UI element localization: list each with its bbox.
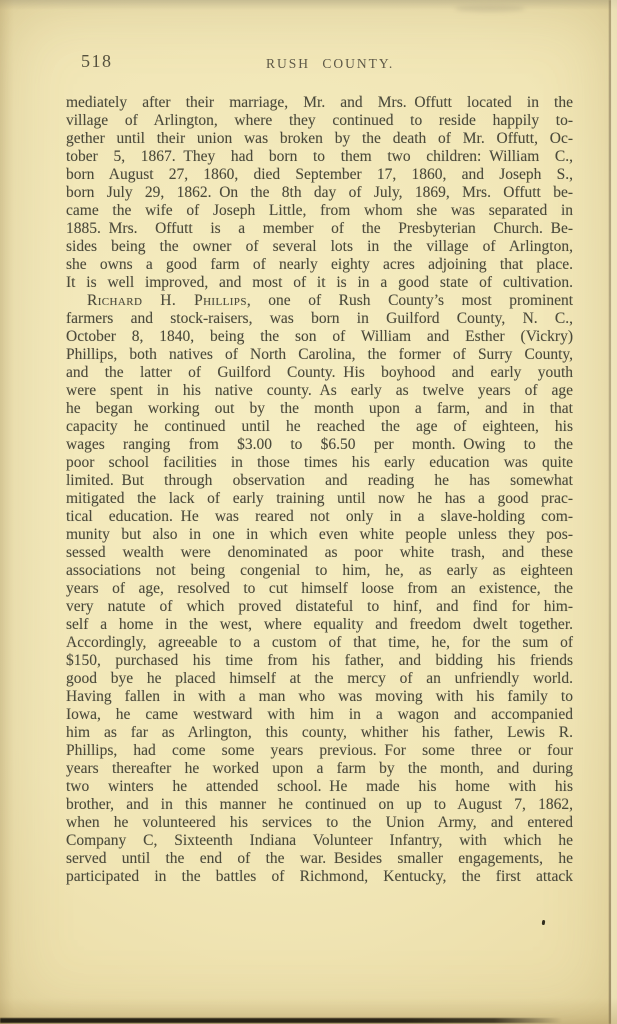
text-line: served until the end of the war. Besides… — [66, 850, 573, 868]
page-number: 518 — [81, 51, 113, 72]
text-line: mitigated the lack of early training unt… — [66, 490, 573, 508]
text-line: brother, and in this manner he continued… — [66, 796, 573, 814]
text-line: when he volunteered his services to the … — [66, 814, 573, 832]
text-line: $150, purchased his time from his father… — [66, 652, 573, 670]
text-line: were spent in his native county. As earl… — [66, 382, 573, 400]
paragraph-offutt: mediately after their marriage, Mr. and … — [66, 94, 573, 292]
text-line: tober 5, 1867. They had born to them two… — [66, 148, 573, 166]
text-line: sides being the owner of several lots in… — [66, 238, 573, 256]
text-line: Iowa, he came westward with him in a wag… — [66, 706, 573, 724]
text-line: mediately after their marriage, Mr. and … — [66, 94, 573, 112]
paragraph-phillips-lines: farmers and stock-raisers, was born in G… — [66, 310, 573, 886]
text-line: farmers and stock-raisers, was born in G… — [66, 310, 573, 328]
scan-left-shadow — [0, 0, 14, 1024]
page-edge-strip — [611, 0, 617, 1024]
text-line: sessed wealth were denominated as poor w… — [66, 544, 573, 562]
text-line: and the latter of Guilford County. His b… — [66, 364, 573, 382]
text-line: limited. But through observation and rea… — [66, 472, 573, 490]
text-line: associations not being congenial to him,… — [66, 562, 573, 580]
text-line: wages ranging from $3.00 to $6.50 per mo… — [66, 436, 573, 454]
text-line: participated in the battles of Richmond,… — [66, 868, 573, 886]
text-line: village of Arlington, where they continu… — [66, 112, 573, 130]
ink-speck — [542, 920, 546, 925]
paragraph-phillips: Richard H. Phillips, one of Rush County’… — [66, 292, 573, 886]
text-line-rest: , one of Rush County’s most prominent — [247, 292, 573, 309]
text-line: capacity he continued until he reached t… — [66, 418, 573, 436]
text-line: It is well improved, and most of it is i… — [66, 274, 573, 292]
text-line: born August 27, 1860, died September 17,… — [66, 166, 573, 184]
text-line: she owns a good farm of nearly eighty ac… — [66, 256, 573, 274]
text-line: Richard H. Phillips, one of Rush County’… — [66, 292, 573, 310]
text-line: years of age, resolved to cut himself lo… — [66, 580, 573, 598]
text-line: two winters he attended school. He made … — [66, 778, 573, 796]
text-line: Company C, Sixteenth Indiana Volunteer I… — [66, 832, 573, 850]
text-line: tical education. He was reared not only … — [66, 508, 573, 526]
text-line: gether until their union was broken by t… — [66, 130, 573, 148]
text-line: he began working out by the month upon a… — [66, 400, 573, 418]
text-line: poor school facilities in those times hi… — [66, 454, 573, 472]
text-line: Phillips, both natives of North Carolina… — [66, 346, 573, 364]
text-line: October 8, 1840, being the son of Willia… — [66, 328, 573, 346]
text-line: 1885. Mrs. Offutt is a member of the Pre… — [66, 220, 573, 238]
text-line: very natute of which proved distateful t… — [66, 598, 573, 616]
scan-bottom-border — [0, 1018, 562, 1023]
book-page-scan: 518 RUSH COUNTY. mediately after their m… — [0, 0, 617, 1024]
running-title: RUSH COUNTY. — [266, 56, 394, 72]
text-line: him as far as Arlington, this county, wh… — [66, 724, 573, 742]
running-head: 518 RUSH COUNTY. — [0, 0, 617, 80]
text-line: Accordingly, agreeable to a custom of th… — [66, 634, 573, 652]
text-line: munity but also in one in which even whi… — [66, 526, 573, 544]
text-line: years thereafter he worked upon a farm b… — [66, 760, 573, 778]
body-text: mediately after their marriage, Mr. and … — [66, 94, 573, 886]
text-line: Phillips, had come some years previous. … — [66, 742, 573, 760]
text-line: born July 29, 1862. On the 8th day of Ju… — [66, 184, 573, 202]
text-line: Having fallen in with a man who was movi… — [66, 688, 573, 706]
text-line: good bye he placed himself at the mercy … — [66, 670, 573, 688]
text-line: came the wife of Joseph Little, from who… — [66, 202, 573, 220]
person-name: Richard H. Phillips — [87, 292, 247, 309]
text-line: self a home in the west, where equality … — [66, 616, 573, 634]
